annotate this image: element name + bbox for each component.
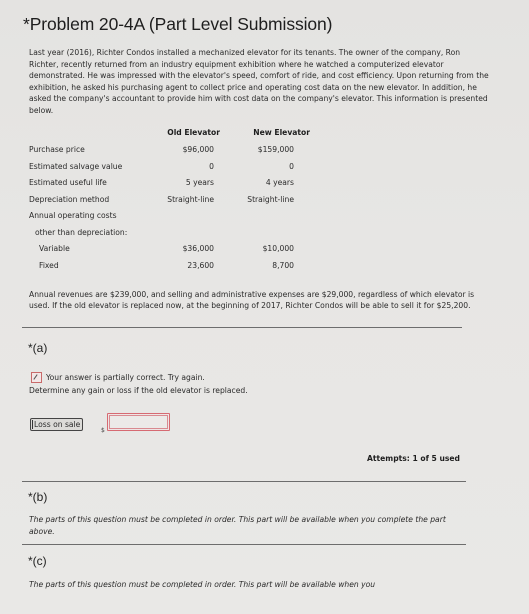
attempts-counter: Attempts: 1 of 5 used	[367, 454, 460, 463]
revenues-paragraph: Annual revenues are $239,000, and sellin…	[29, 289, 489, 312]
table-row: other than depreciation:	[29, 228, 319, 245]
row-label: Estimated salvage value	[29, 162, 122, 171]
pencil-icon	[31, 372, 42, 383]
row-label: Variable	[39, 244, 70, 253]
answer-input[interactable]	[107, 413, 170, 431]
row-label: Fixed	[39, 261, 59, 270]
new-value: $10,000	[263, 244, 294, 253]
new-value: $159,000	[258, 145, 294, 154]
problem-page: *Problem 20-4A (Part Level Submission) L…	[0, 0, 529, 614]
old-value: $96,000	[183, 145, 214, 154]
new-value: 4 years	[266, 178, 294, 187]
table-header-row: Old Elevator New Elevator	[29, 128, 319, 145]
new-value: Straight-line	[247, 195, 294, 204]
old-value: $36,000	[183, 244, 214, 253]
old-value: Straight-line	[167, 195, 214, 204]
gain-loss-select[interactable]: Loss on sale	[30, 418, 83, 431]
header-old-elevator: Old Elevator	[167, 128, 220, 137]
problem-title: *Problem 20-4A (Part Level Submission)	[23, 14, 332, 35]
table-row: Purchase price $96,000 $159,000	[29, 145, 319, 162]
divider	[22, 544, 466, 545]
table-row: Variable $36,000 $10,000	[29, 244, 319, 261]
divider	[22, 327, 462, 328]
old-value: 0	[209, 162, 214, 171]
table-row: Annual operating costs	[29, 211, 319, 228]
row-label: other than depreciation:	[35, 228, 127, 237]
row-label: Estimated useful life	[29, 178, 107, 187]
divider	[22, 481, 466, 482]
table-row: Estimated salvage value 0 0	[29, 162, 319, 179]
row-label: Annual operating costs	[29, 211, 117, 220]
old-value: 23,600	[187, 261, 214, 270]
feedback-message: Your answer is partially correct. Try ag…	[31, 372, 205, 383]
table-row: Estimated useful life 5 years 4 years	[29, 178, 319, 195]
table-row: Depreciation method Straight-line Straig…	[29, 195, 319, 212]
part-c-label: *(c)	[28, 554, 47, 568]
problem-intro: Last year (2016), Richter Condos install…	[29, 47, 489, 117]
old-value: 5 years	[186, 178, 214, 187]
row-label: Depreciation method	[29, 195, 109, 204]
part-c-locked-message: The parts of this question must be compl…	[29, 579, 469, 591]
part-b-locked-message: The parts of this question must be compl…	[29, 514, 469, 537]
currency-symbol: $	[101, 427, 105, 434]
part-a-instruction: Determine any gain or loss if the old el…	[29, 386, 248, 395]
row-label: Purchase price	[29, 145, 85, 154]
cost-data-table: Old Elevator New Elevator Purchase price…	[29, 128, 319, 277]
table-row: Fixed 23,600 8,700	[29, 261, 319, 278]
new-value: 8,700	[272, 261, 294, 270]
part-a-label: *(a)	[28, 341, 47, 355]
part-b-label: *(b)	[28, 490, 47, 504]
header-new-elevator: New Elevator	[253, 128, 310, 137]
new-value: 0	[289, 162, 294, 171]
feedback-text: Your answer is partially correct. Try ag…	[46, 373, 205, 382]
